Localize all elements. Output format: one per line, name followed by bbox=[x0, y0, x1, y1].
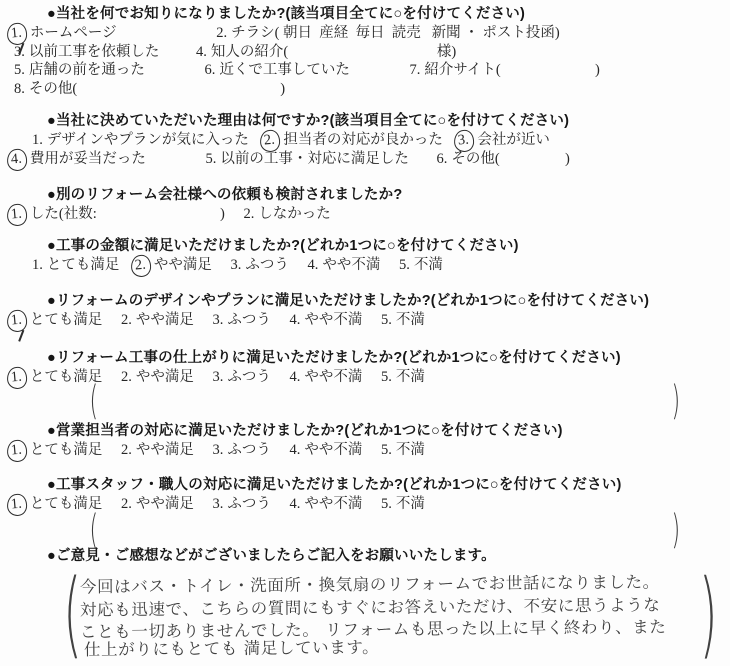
answer-option: 3.以前工事を依頼した bbox=[14, 44, 159, 60]
option-label: やや不満 bbox=[304, 369, 362, 385]
answer-option: 2.やや満足 bbox=[138, 257, 212, 273]
option-number: 7. bbox=[410, 62, 421, 78]
option-number: 5. bbox=[381, 369, 392, 385]
answer-option: 2.チラシ( 朝日 産経 毎日 読売 新聞 ・ ポスト投函) bbox=[216, 25, 560, 41]
option-number: 2. bbox=[243, 206, 254, 222]
option-number: 2. bbox=[121, 442, 132, 458]
option-number: 6. bbox=[437, 151, 448, 167]
option-label: ふつう bbox=[227, 369, 271, 385]
question-heading: ●別のリフォーム会社様への依頼も検討されましたか? bbox=[47, 186, 730, 205]
answer-line: 5.店舗の前を通った 6.近くで工事していた 7.紹介サイト( ) bbox=[14, 61, 730, 80]
circle-mark: 1. bbox=[6, 439, 28, 462]
option-number: 4. bbox=[290, 496, 301, 512]
option-label: やや満足 bbox=[136, 442, 194, 458]
option-number: 4. bbox=[290, 369, 301, 385]
answer-line: 1.とても満足 2.やや満足 3.ふつう 4.やや不満 5.不満 bbox=[14, 495, 730, 514]
option-label: 不満 bbox=[396, 442, 425, 458]
option-label: デザインやプランが気に入った bbox=[47, 132, 249, 148]
answer-line: 1.とても満足 2.やや満足 3.ふつう 4.やや不満 5.不満 bbox=[14, 368, 730, 387]
option-label: 紹介サイト( ) bbox=[424, 62, 599, 78]
answer-line: 1.とても満足 2.やや満足 3.ふつう 4.やや不満 5.不満 bbox=[32, 256, 730, 275]
question-heading: ●工事の金額に満足いただけましたか?(どれか1つに○を付けてください) bbox=[47, 237, 730, 256]
option-label: 費用が妥当だった bbox=[30, 151, 146, 167]
option-label: しなかった bbox=[258, 206, 331, 222]
option-label: とても満足 bbox=[47, 257, 120, 273]
option-label: 担当者の対応が良かった bbox=[283, 132, 443, 148]
option-label: ふつう bbox=[245, 257, 289, 273]
answer-option: 4.やや不満 bbox=[308, 257, 381, 273]
option-label: やや満足 bbox=[136, 369, 194, 385]
option-label: とても満足 bbox=[30, 442, 103, 458]
option-label: 会社が近い bbox=[477, 132, 550, 148]
answer-option: 2.やや満足 bbox=[121, 496, 194, 512]
handwritten-paren-right: ) bbox=[699, 570, 718, 661]
circle-mark: 2. bbox=[260, 129, 282, 152]
question-section-2: ●当社に決めていただいた理由は何ですか?(該当項目全てに○を付けてください) 1… bbox=[0, 112, 730, 168]
answer-option: 3.ふつう bbox=[213, 496, 271, 512]
question-heading: ●リフォーム工事の仕上がりに満足いただけましたか?(どれか1つに○を付けてくださ… bbox=[47, 349, 730, 368]
answer-option: 2.しなかった bbox=[243, 206, 330, 222]
option-label: 不満 bbox=[396, 312, 425, 328]
option-label: 近くで工事していた bbox=[219, 62, 350, 78]
option-number: 3. bbox=[213, 496, 224, 512]
comment-section: ●ご意見・ご感想などがございましたらご記入をお願いいたします。 bbox=[0, 547, 730, 566]
option-label: チラシ( 朝日 産経 毎日 読売 新聞 ・ ポスト投函) bbox=[231, 25, 560, 41]
answer-option: 5.以前の工事・対応に満足した bbox=[206, 151, 409, 167]
answer-line: 1.とても満足 2.やや満足 3.ふつう 4.やや不満 5.不満 bbox=[14, 441, 730, 460]
option-number: 3. bbox=[231, 257, 242, 273]
option-number: 8. bbox=[14, 81, 25, 97]
option-label: とても満足 bbox=[30, 312, 103, 328]
option-number: 5. bbox=[381, 442, 392, 458]
option-label: やや不満 bbox=[304, 312, 362, 328]
question-section-4: ●工事の金額に満足いただけましたか?(どれか1つに○を付けてください) 1.とて… bbox=[0, 237, 730, 275]
option-label: 不満 bbox=[396, 369, 425, 385]
option-number: 1. bbox=[32, 257, 43, 273]
circle-mark: 1. bbox=[6, 366, 28, 389]
answer-option: 3.ふつう bbox=[213, 369, 271, 385]
answer-line: 8.その他( ) bbox=[14, 80, 730, 99]
answer-option: 8.その他( ) bbox=[14, 81, 285, 97]
answer-option: 1.とても満足 bbox=[14, 442, 102, 458]
option-label: ふつう bbox=[227, 312, 271, 328]
option-number: 3. bbox=[213, 369, 224, 385]
circle-mark: 1. bbox=[6, 22, 28, 45]
option-label: やや不満 bbox=[304, 442, 362, 458]
option-number: 2. bbox=[121, 369, 132, 385]
circle-mark: 4. bbox=[6, 148, 28, 171]
comment-heading: ●ご意見・ご感想などがございましたらご記入をお願いいたします。 bbox=[47, 547, 730, 566]
answer-option: 6.その他( ) bbox=[437, 151, 570, 167]
option-label: 店舗の前を通った bbox=[29, 62, 145, 78]
circle-mark: 1. bbox=[6, 309, 28, 332]
question-heading: ●営業担当者の対応に満足いただけましたか?(どれか1つに○を付けてください) bbox=[47, 422, 730, 441]
option-number: 4. bbox=[308, 257, 319, 273]
option-label: やや満足 bbox=[154, 257, 212, 273]
option-label: ふつう bbox=[227, 496, 271, 512]
answer-line: 4.費用が妥当だった 5.以前の工事・対応に満足した 6.その他( ) bbox=[14, 150, 730, 169]
answer-line: 1.とても満足 2.やや満足 3.ふつう 4.やや不満 5.不満 bbox=[14, 311, 730, 330]
answer-option: 4.費用が妥当だった bbox=[14, 151, 146, 167]
circle-mark: 2. bbox=[130, 254, 152, 277]
answer-option: 7.紹介サイト( ) bbox=[410, 62, 600, 78]
answer-line: 1.した(社数: ) 2.しなかった bbox=[14, 205, 730, 224]
answer-option: 6.近くで工事していた bbox=[205, 62, 350, 78]
option-label: その他( ) bbox=[29, 81, 285, 97]
answer-option: 4.やや不満 bbox=[290, 312, 363, 328]
answer-option: 2.担当者の対応が良かった bbox=[267, 132, 442, 148]
answer-option: 3.会社が近い bbox=[461, 132, 549, 148]
answer-option: 1.とても満足 bbox=[32, 257, 119, 273]
answer-line: 3.以前工事を依頼した 4.知人の紹介( 様) bbox=[14, 43, 730, 62]
free-response-bracket-right: ) bbox=[672, 382, 681, 420]
answer-option: 5.不満 bbox=[381, 442, 425, 458]
option-label: その他( ) bbox=[451, 151, 569, 167]
answer-option: 5.不満 bbox=[381, 369, 425, 385]
answer-line: 1.デザインやプランが気に入った 2.担当者の対応が良かった 3.会社が近い bbox=[32, 131, 730, 150]
answer-option: 5.不満 bbox=[399, 257, 443, 273]
question-heading: ●当社に決めていただいた理由は何ですか?(該当項目全てに○を付けてください) bbox=[47, 112, 730, 131]
question-section-5: ●リフォームのデザインやプランに満足いただけましたか?(どれか1つに○を付けてく… bbox=[0, 292, 730, 330]
option-label: やや不満 bbox=[304, 496, 362, 512]
option-number: 3. bbox=[213, 312, 224, 328]
handwritten-comment-line: 仕上がりにもとても 満足しています。 bbox=[84, 637, 379, 662]
option-number: 4. bbox=[290, 442, 301, 458]
free-response-bracket-left: ( bbox=[90, 511, 99, 549]
option-number: 1. bbox=[32, 132, 43, 148]
free-response-bracket-right: ) bbox=[672, 511, 681, 549]
survey-scan-page: ●当社を何でお知りになりましたか?(該当項目全てに○を付けてください) 1.ホー… bbox=[0, 0, 730, 666]
answer-option: 4.やや不満 bbox=[290, 369, 363, 385]
option-label: 不満 bbox=[396, 496, 425, 512]
question-section-8: ●工事スタッフ・職人の対応に満足いただけましたか?(どれか1つに○を付けてくださ… bbox=[0, 476, 730, 514]
option-number: 2. bbox=[121, 312, 132, 328]
question-section-7: ●営業担当者の対応に満足いただけましたか?(どれか1つに○を付けてください) 1… bbox=[0, 422, 730, 460]
answer-option: 5.不満 bbox=[381, 496, 425, 512]
option-number: 5. bbox=[399, 257, 410, 273]
option-number: 5. bbox=[14, 62, 25, 78]
answer-option: 1.デザインやプランが気に入った bbox=[32, 132, 249, 148]
answer-option: 3.ふつう bbox=[213, 312, 271, 328]
option-label: やや満足 bbox=[136, 312, 194, 328]
answer-option: 1.とても満足 bbox=[14, 312, 102, 328]
answer-option: 2.やや満足 bbox=[121, 442, 194, 458]
question-section-3: ●別のリフォーム会社様への依頼も検討されましたか? 1.した(社数: ) 2.し… bbox=[0, 186, 730, 224]
answer-option: 4.知人の紹介( 様) bbox=[196, 44, 456, 60]
free-response-bracket-left: ( bbox=[90, 382, 99, 420]
option-label: 以前工事を依頼した bbox=[29, 44, 160, 60]
option-label: やや満足 bbox=[136, 496, 194, 512]
answer-option: 3.ふつう bbox=[213, 442, 271, 458]
option-number: 4. bbox=[196, 44, 207, 60]
circle-mark: 1. bbox=[6, 203, 28, 226]
option-label: 知人の紹介( 様) bbox=[211, 44, 456, 60]
answer-option: 3.ふつう bbox=[231, 257, 289, 273]
circle-mark: 3. bbox=[454, 129, 476, 152]
option-label: 不満 bbox=[414, 257, 443, 273]
option-label: した(社数: ) bbox=[30, 206, 225, 222]
option-label: ホームページ bbox=[30, 25, 117, 41]
answer-option: 5.店舗の前を通った bbox=[14, 62, 145, 78]
option-number: 3. bbox=[213, 442, 224, 458]
answer-option: 1.した(社数: ) bbox=[14, 206, 225, 222]
answer-option: 1.ホームページ bbox=[14, 25, 117, 41]
option-number: 4. bbox=[290, 312, 301, 328]
question-heading: ●工事スタッフ・職人の対応に満足いただけましたか?(どれか1つに○を付けてくださ… bbox=[47, 476, 730, 495]
question-heading: ●当社を何でお知りになりましたか?(該当項目全てに○を付けてください) bbox=[47, 5, 730, 24]
circle-mark: 1. bbox=[6, 493, 28, 516]
option-number: 5. bbox=[381, 312, 392, 328]
answer-option: 2.やや満足 bbox=[121, 312, 194, 328]
option-label: やや不満 bbox=[322, 257, 380, 273]
answer-option: 4.やや不満 bbox=[290, 442, 363, 458]
option-number: 5. bbox=[381, 496, 392, 512]
question-section-6: ●リフォーム工事の仕上がりに満足いただけましたか?(どれか1つに○を付けてくださ… bbox=[0, 349, 730, 387]
answer-option: 2.やや満足 bbox=[121, 369, 194, 385]
option-number: 2. bbox=[216, 25, 227, 41]
option-label: ふつう bbox=[227, 442, 271, 458]
option-number: 5. bbox=[206, 151, 217, 167]
question-section-1: ●当社を何でお知りになりましたか?(該当項目全てに○を付けてください) 1.ホー… bbox=[0, 5, 730, 98]
answer-option: 4.やや不満 bbox=[290, 496, 363, 512]
option-number: 6. bbox=[205, 62, 216, 78]
answer-option: 5.不満 bbox=[381, 312, 425, 328]
option-number: 2. bbox=[121, 496, 132, 512]
answer-line: 1.ホームページ 2.チラシ( 朝日 産経 毎日 読売 新聞 ・ ポスト投函) bbox=[14, 24, 730, 43]
question-heading: ●リフォームのデザインやプランに満足いただけましたか?(どれか1つに○を付けてく… bbox=[47, 292, 730, 311]
option-label: 以前の工事・対応に満足した bbox=[220, 151, 409, 167]
